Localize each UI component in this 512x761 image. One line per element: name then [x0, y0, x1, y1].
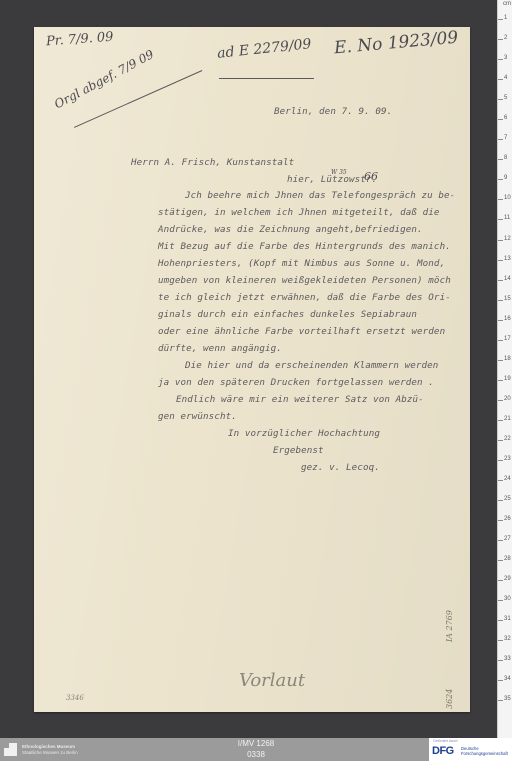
museum-logo-icon [4, 743, 17, 756]
ruler-label: 29 [504, 576, 511, 582]
body-line: ginals durch ein einfaches dunkeles Sepi… [158, 309, 417, 320]
ruler-label: 15 [504, 296, 511, 302]
ruler-label: 23 [504, 456, 511, 462]
ruler-label: 16 [504, 316, 511, 322]
letter-page: Pr. 7/9. 09 Orgl abgef. 7/9 09 ad E 2279… [34, 27, 470, 712]
body-line: te ich gleich jetzt erwähnen, daß die Fa… [158, 292, 451, 303]
pencil-signature: Vorlaut [239, 670, 305, 691]
signature-id: I/MV 1268 [200, 739, 312, 748]
ruler-label: 8 [504, 155, 507, 161]
ruler-label: 35 [504, 696, 511, 702]
body-line: Endlich wäre mir ein weiterer Satz von A… [176, 394, 424, 405]
ruler-label: 30 [504, 596, 511, 602]
ruler-label: 3 [504, 55, 507, 61]
ruler-label: 24 [504, 476, 511, 482]
pencil-number: 3346 [66, 694, 84, 702]
institution-name: Ethnologisches Museum [22, 744, 75, 749]
handwritten-registry-a: ad E 2279/09 [216, 36, 312, 62]
ruler-label: 33 [504, 656, 511, 662]
ruler-label: 17 [504, 336, 511, 342]
image-viewer: Pr. 7/9. 09 Orgl abgef. 7/9 09 ad E 2279… [0, 0, 497, 738]
dfg-logo-icon: DFG [432, 745, 454, 757]
ruler-label: 25 [504, 496, 511, 502]
ruler-label: 31 [504, 616, 511, 622]
registry-underline [219, 78, 314, 79]
handwritten-right-margin-a: IA 2769 [445, 610, 454, 642]
ruler-label: 28 [504, 556, 511, 562]
addressee-line-1: Herrn A. Frisch, Kunstanstalt [131, 157, 294, 168]
body-line: gen erwünscht. [158, 411, 237, 422]
body-line: Hohenpriesters, (Kopf mit Nimbus aus Son… [158, 258, 445, 269]
handwritten-right-margin-b: 3624 [445, 689, 454, 709]
ruler-label: 6 [504, 115, 507, 121]
ruler-label: 34 [504, 676, 511, 682]
ruler-label: 21 [504, 416, 511, 422]
ruler-label: 14 [504, 276, 511, 282]
body-line: oder eine ähnliche Farbe vorteilhaft ers… [158, 326, 445, 337]
ruler-label: 2 [504, 35, 507, 41]
ruler-label: 5 [504, 95, 507, 101]
sponsor-label: Gefördert durch [433, 739, 458, 743]
ruler-label: 27 [504, 536, 511, 542]
body-line: umgeben von kleineren weißgekleideten Pe… [158, 275, 451, 286]
ruler-label: 18 [504, 356, 511, 362]
body-line: ja von den späteren Drucken fortgelassen… [158, 377, 434, 388]
ruler-label: 19 [504, 376, 511, 382]
ruler-label: 9 [504, 175, 507, 181]
ruler-label: 20 [504, 396, 511, 402]
ruler-label: 1 [504, 15, 507, 21]
closing-ergebenst: Ergebenst [273, 445, 324, 456]
dfg-sponsor: Gefördert durch DFG Deutsche Forschungsg… [429, 738, 512, 761]
ruler-label: 26 [504, 516, 511, 522]
signature: gez. v. Lecoq. [301, 462, 380, 473]
handwritten-registry-b: E. No 1923/09 [333, 28, 459, 59]
body-line: Andrücke, was die Zeichnung angeht,befri… [158, 224, 423, 235]
ruler-label: 7 [504, 135, 507, 141]
ruler-unit: cm [503, 1, 511, 7]
ruler-label: 22 [504, 436, 511, 442]
ruler-label: 4 [504, 75, 507, 81]
ruler-label: 12 [504, 236, 511, 242]
body-line: dürfte, wenn angängig. [158, 343, 282, 354]
handwritten-date-note: Pr. 7/9. 09 [46, 30, 114, 50]
handwritten-diagonal-note: Orgl abgef. 7/9 09 [52, 47, 156, 111]
ruler-label: 11 [504, 215, 510, 221]
ruler-label: 32 [504, 636, 511, 642]
closing: In vorzüglicher Hochachtung [228, 428, 380, 439]
body-line: Jch beehre mich Jhnen das Telefongespräc… [185, 190, 455, 201]
body-line: Die hier und da erscheinenden Klammern w… [185, 360, 438, 371]
body-line: stätigen, in welchem ich Jhnen mitgeteil… [158, 207, 440, 218]
ruler-label: 10 [504, 195, 511, 201]
sponsor-name-2: Forschungsgemeinschaft [461, 751, 508, 756]
page-number: 0338 [200, 750, 312, 759]
measurement-ruler: cm 1 2 3 4 5 6 7 8 9 10 11 12 13 14 15 1… [497, 0, 512, 738]
body-line: Mit Bezug auf die Farbe des Hintergrunds… [158, 241, 451, 252]
place-date: Berlin, den 7. 9. 09. [274, 106, 392, 117]
institution-subtitle: Staatliche Museen zu Berlin [22, 750, 78, 755]
ruler-label: 13 [504, 256, 511, 262]
handwritten-house-number: 66 [364, 170, 378, 183]
